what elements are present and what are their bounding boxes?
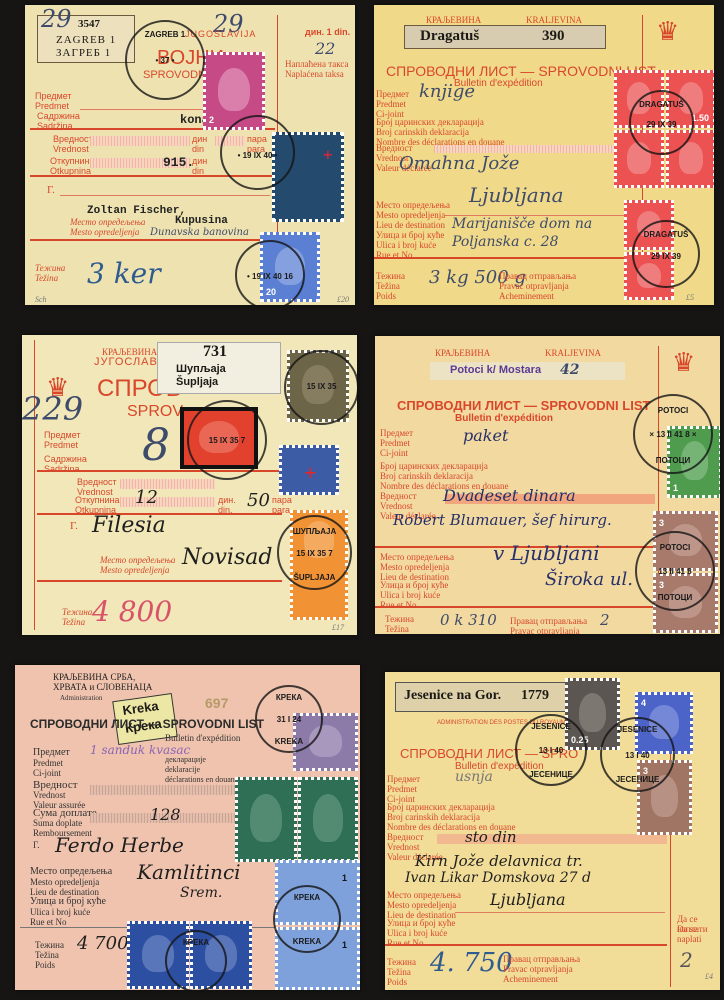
destination-value: v Ljubljani <box>493 541 600 565</box>
office-number: 697 <box>205 695 228 711</box>
office-name: Potoci k/ Mostara <box>450 364 541 376</box>
parcel-card-zagreb: 3547 ZAGREB 1 ЗАГРЕБ 1 29 29 JUGOSLAVIJA… <box>25 5 355 305</box>
postmark-jesenice-2: JESENICE13 I 40ЈЕСЕНИЦЕ <box>600 717 675 792</box>
value-text: sto din <box>465 828 517 846</box>
subject-value: usnja <box>455 769 493 785</box>
parcel-card-jesenice: Jesenice na Gor. 1779 ADMINISTRATION DES… <box>385 672 720 990</box>
postmark-potoci-2: POTOCI13 II 41 8ПОТОЦИ <box>635 531 715 611</box>
subject-value: knjige <box>419 81 475 102</box>
office-name-latin: Kreka <box>122 698 160 718</box>
fee-label: дин. 1 din. <box>305 27 350 37</box>
postmark-zagreb-2: • 19 IX 40 • <box>220 115 295 190</box>
weight-value: 3 ker <box>87 257 161 290</box>
office-label: Potoci k/ Mostara 42 <box>430 362 625 380</box>
sender-value: 2 <box>680 948 693 972</box>
sender-value: 2 <box>600 611 610 629</box>
form-subtitle: Bulletin d'expédition <box>455 414 553 424</box>
postmark-supljaja-3: ШУПЉАЈА15 IX 35 7ŠUPLJAJA <box>277 515 352 590</box>
form-title: СПРОВОДНИ ЛИСТ — SPROVODNI LIST <box>397 398 650 413</box>
destination-label: Место опредељењаMesto opredeljenja <box>70 217 145 237</box>
destination-value: Ljubljana <box>469 183 564 207</box>
destination-note: Srem. <box>180 885 222 901</box>
cod-value: 915. <box>163 155 194 170</box>
stamp-red-cross: + <box>279 445 339 495</box>
postmark-zagreb-1: ZAGREB 1• 37 • <box>125 20 205 100</box>
coat-of-arms-icon: ♛ <box>672 350 695 376</box>
handwritten-number: 229 <box>22 390 83 428</box>
cod-value: 128 <box>150 805 181 824</box>
fee-paid-latin: Naplaćena taksa <box>285 69 344 79</box>
form-title-latin: SPROV <box>127 403 183 421</box>
office-name: Jesenice na Gor. <box>404 688 501 704</box>
street-value: Marijanišče dom na Poljanska c. 28 <box>452 215 632 251</box>
parcel-card-dragatus: КРАЉЕВИНА KRALJEVINA JUGOSLAVIJA Dragatu… <box>374 5 714 305</box>
addressee: Ferdo Herbe <box>55 833 184 857</box>
postmark-kreka-3: КРЕКА <box>165 930 227 990</box>
fee-label-latin: Da se naplati <box>677 924 720 944</box>
office-number: 390 <box>542 28 565 45</box>
weight-value: 4. 750 <box>430 948 513 978</box>
street-value: Široka ul. <box>545 569 633 590</box>
subject-label: ПредметPredmet <box>35 91 72 111</box>
office-label: Dragatuš 390 <box>404 25 606 49</box>
destination-note: Dunavska banovina <box>150 227 249 238</box>
office-name: Dragatuš <box>420 28 479 45</box>
postmark-kreka-1: КРЕКА31 I 24KREKA <box>255 685 323 753</box>
cod-para: 50 <box>247 490 270 511</box>
postmark-jesenice-1: JESENICE13 I 40ЈЕСЕНИЦЕ <box>515 714 587 786</box>
postmark-potoci-1: POTOCI× 13 II 41 8 ×ПОТОЦИ <box>633 394 713 474</box>
parcel-card-supljaja: ♛ КРАЉЕВИНА ЈУГОСЛАВИЈА СПРОВ SPROV 731 … <box>22 335 357 635</box>
parcel-card-potoci: КРАЉЕВИНА KRALJEVINA Potoci k/ Mostara 4… <box>375 336 720 634</box>
form-title: СПРОВОДНИ ЛИСТ — SPROVODNI LIST <box>30 717 264 731</box>
fee-paid-cyrillic: Наплаћена такса <box>285 59 349 69</box>
office-name-cyrillic: ЗАГРЕБ 1 <box>56 47 111 59</box>
cod-value: 12 <box>135 487 158 508</box>
postmark-dragatus-2: DRAGATUŠ29 IX 39 <box>632 220 700 288</box>
office-number: 1779 <box>521 688 549 704</box>
office-number: 3547 <box>78 18 100 30</box>
postmark-supljaja-1: 15 IX 35 <box>284 350 357 425</box>
kingdom-cyrillic: КРАЉЕВИНА <box>426 15 481 25</box>
coat-of-arms-icon: ♛ <box>656 19 679 45</box>
office-name-latin: Šupljaja <box>176 376 218 388</box>
addressee: Robert Blumauer, šef hirurg. <box>393 511 612 529</box>
addressee-line2: Ivan Likar Domskova 27 d <box>405 870 591 886</box>
addressee: Kirn Jože delavnica tr. <box>415 852 583 870</box>
office-name-latin: ZAGREB 1 <box>56 34 116 46</box>
value-label: ВредностVrednost <box>53 134 93 154</box>
weight-value: 4 800 <box>92 595 172 628</box>
weight-label: ТежинаTežina <box>35 263 65 283</box>
destination-value: Kupusina <box>175 215 228 227</box>
office-number: 731 <box>203 343 227 361</box>
mr-label: Г. <box>47 185 55 195</box>
destination-value: Kamlitinci <box>137 860 241 884</box>
addressee: Omahna Jože <box>399 153 519 174</box>
addressee: Filesia <box>92 513 166 538</box>
handwritten-number: 29 <box>41 5 72 33</box>
value-text: Dvadeset dinara <box>443 486 576 505</box>
weight-value: 0 k 310 <box>440 611 497 629</box>
weight-value: 4 700 <box>77 933 129 954</box>
postmark-supljaja-2: 15 IX 35 7 <box>187 400 267 480</box>
parcel-card-kreka: КРАЉЕВИНА СРБА, ХРВАТА и СЛОВЕНАЦА Admin… <box>15 665 360 990</box>
office-number: 42 <box>560 362 579 378</box>
office-label: 731 Шупљаја Šupljaja <box>157 342 281 394</box>
destination-value: Novisad <box>182 545 272 570</box>
stamp-green-pair <box>235 777 297 862</box>
postmark-kreka-2: КРЕКАKREKA <box>273 885 341 953</box>
kingdom-header: КРАЉЕВИНА СРБА, ХРВАТА и СЛОВЕНАЦА <box>53 672 163 692</box>
addressee: Zoltan Fischer, <box>87 205 186 217</box>
postmark-dragatus-1: DRAGATUŠ29 IX 39 <box>629 90 694 155</box>
subject-value: paket <box>463 426 508 445</box>
office-label: Jesenice na Gor. 1779 <box>395 682 567 712</box>
office-name-cyrillic: Шупљаја <box>176 363 226 375</box>
destination-value: Ljubljana <box>490 890 566 909</box>
postmark-zagreb-3: • 19 IX 40 16 <box>235 240 305 305</box>
cod-label: ОткупнинаOtkupnina <box>50 156 95 176</box>
fee-value: 22 <box>315 39 335 58</box>
